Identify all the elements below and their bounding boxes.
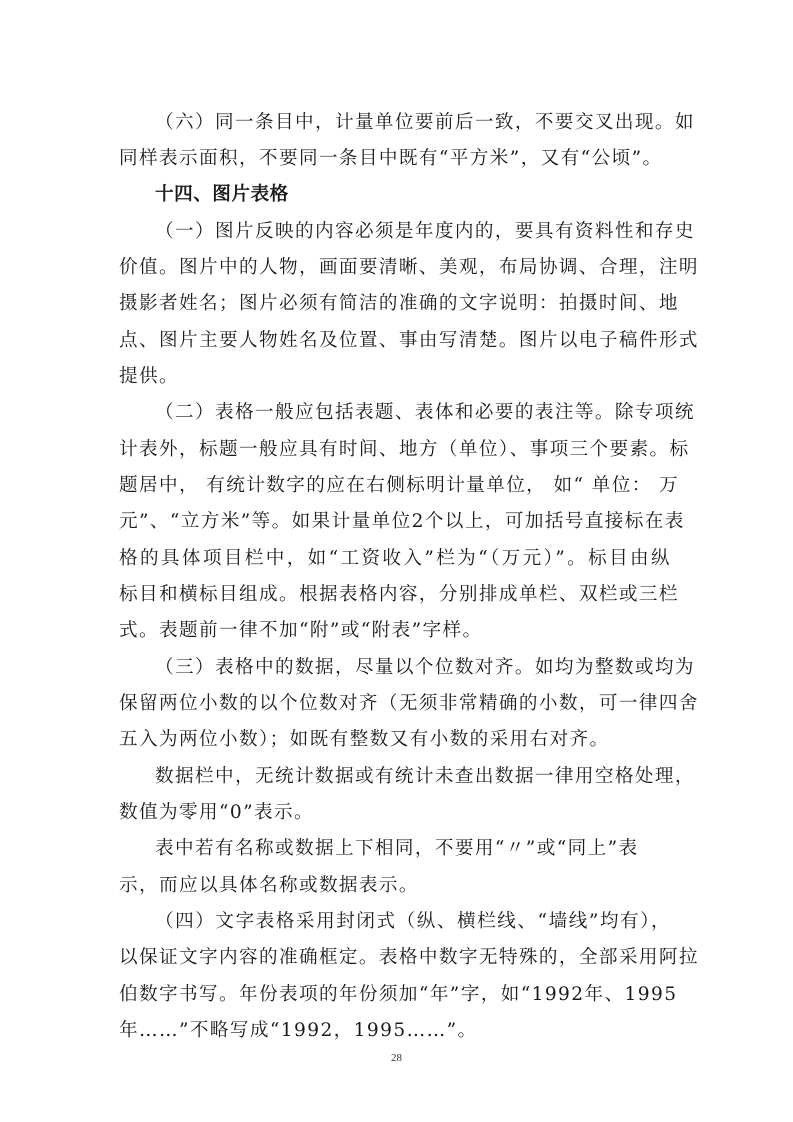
paragraph-line: 数据栏中，无统计数据或有统计未查出数据一律用空格处理， bbox=[155, 765, 671, 789]
paragraph-line: （一）图片反映的内容必须是年度内的，要具有资料性和存史 bbox=[155, 220, 671, 244]
document-page: （六）同一条目中，计量单位要前后一致，不要交叉出现。如 同样表示面积，不要同一条… bbox=[0, 0, 793, 1122]
paragraph-line: 伯数字书写。年份表项的年份须加“年”字，如“1992年、1995 bbox=[119, 983, 671, 1007]
paragraph-line: 元”、“立方米”等。如果计量单位2个以上，可加括号直接标在表 bbox=[119, 510, 671, 534]
paragraph-line: 五入为两位小数）；如既有整数又有小数的采用右对齐。 bbox=[119, 728, 671, 752]
page-number: 28 bbox=[0, 1052, 793, 1064]
paragraph-line: 年……”不略写成“1992，1995……”。 bbox=[119, 1019, 671, 1043]
section-heading: 十四、图片表格 bbox=[155, 183, 671, 207]
paragraph-line: （二）表格一般应包括表题、表体和必要的表注等。除专项统 bbox=[155, 401, 671, 425]
paragraph-line: 标目和横标目组成。根据表格内容，分别排成单栏、双栏或三栏 bbox=[119, 583, 671, 607]
paragraph-line: （四）文字表格采用封闭式（纵、横栏线、“墙线”均有）， bbox=[155, 910, 671, 934]
paragraph-line: 提供。 bbox=[119, 365, 671, 389]
paragraph-line: （六）同一条目中，计量单位要前后一致，不要交叉出现。如 bbox=[155, 111, 671, 135]
paragraph-line: 示，而应以具体名称或数据表示。 bbox=[119, 874, 671, 898]
paragraph-line: 题居中， 有统计数字的应在右侧标明计量单位， 如“ 单位： 万 bbox=[119, 474, 671, 498]
paragraph-line: 摄影者姓名；图片必须有简洁的准确的文字说明：拍摄时间、地 bbox=[119, 292, 671, 316]
paragraph-line: 以保证文字内容的准确框定。表格中数字无特殊的，全部采用阿拉 bbox=[119, 946, 671, 970]
paragraph-line: 计表外，标题一般应具有时间、地方（单位）、事项三个要素。标 bbox=[119, 438, 671, 462]
paragraph-line: 同样表示面积，不要同一条目中既有“平方米”，又有“公顷”。 bbox=[119, 147, 671, 171]
paragraph-line: 价值。图片中的人物，画面要清晰、美观，布局协调、合理，注明 bbox=[119, 256, 671, 280]
paragraph-line: （三）表格中的数据，尽量以个位数对齐。如均为整数或均为 bbox=[155, 656, 671, 680]
paragraph-line: 保留两位小数的以个位数对齐（无须非常精确的小数，可一律四舍 bbox=[119, 692, 671, 716]
paragraph-line: 点、图片主要人物姓名及位置、事由写清楚。图片以电子稿件形式 bbox=[119, 329, 671, 353]
paragraph-line: 格的具体项目栏中，如“工资收入”栏为“（万元）”。标目由纵 bbox=[119, 547, 671, 571]
paragraph-line: 式。表题前一律不加“附”或“附表”字样。 bbox=[119, 619, 671, 643]
paragraph-line: 表中若有名称或数据上下相同，不要用“〃”或“同上”表 bbox=[155, 837, 671, 861]
paragraph-line: 数值为零用“0”表示。 bbox=[119, 801, 671, 825]
